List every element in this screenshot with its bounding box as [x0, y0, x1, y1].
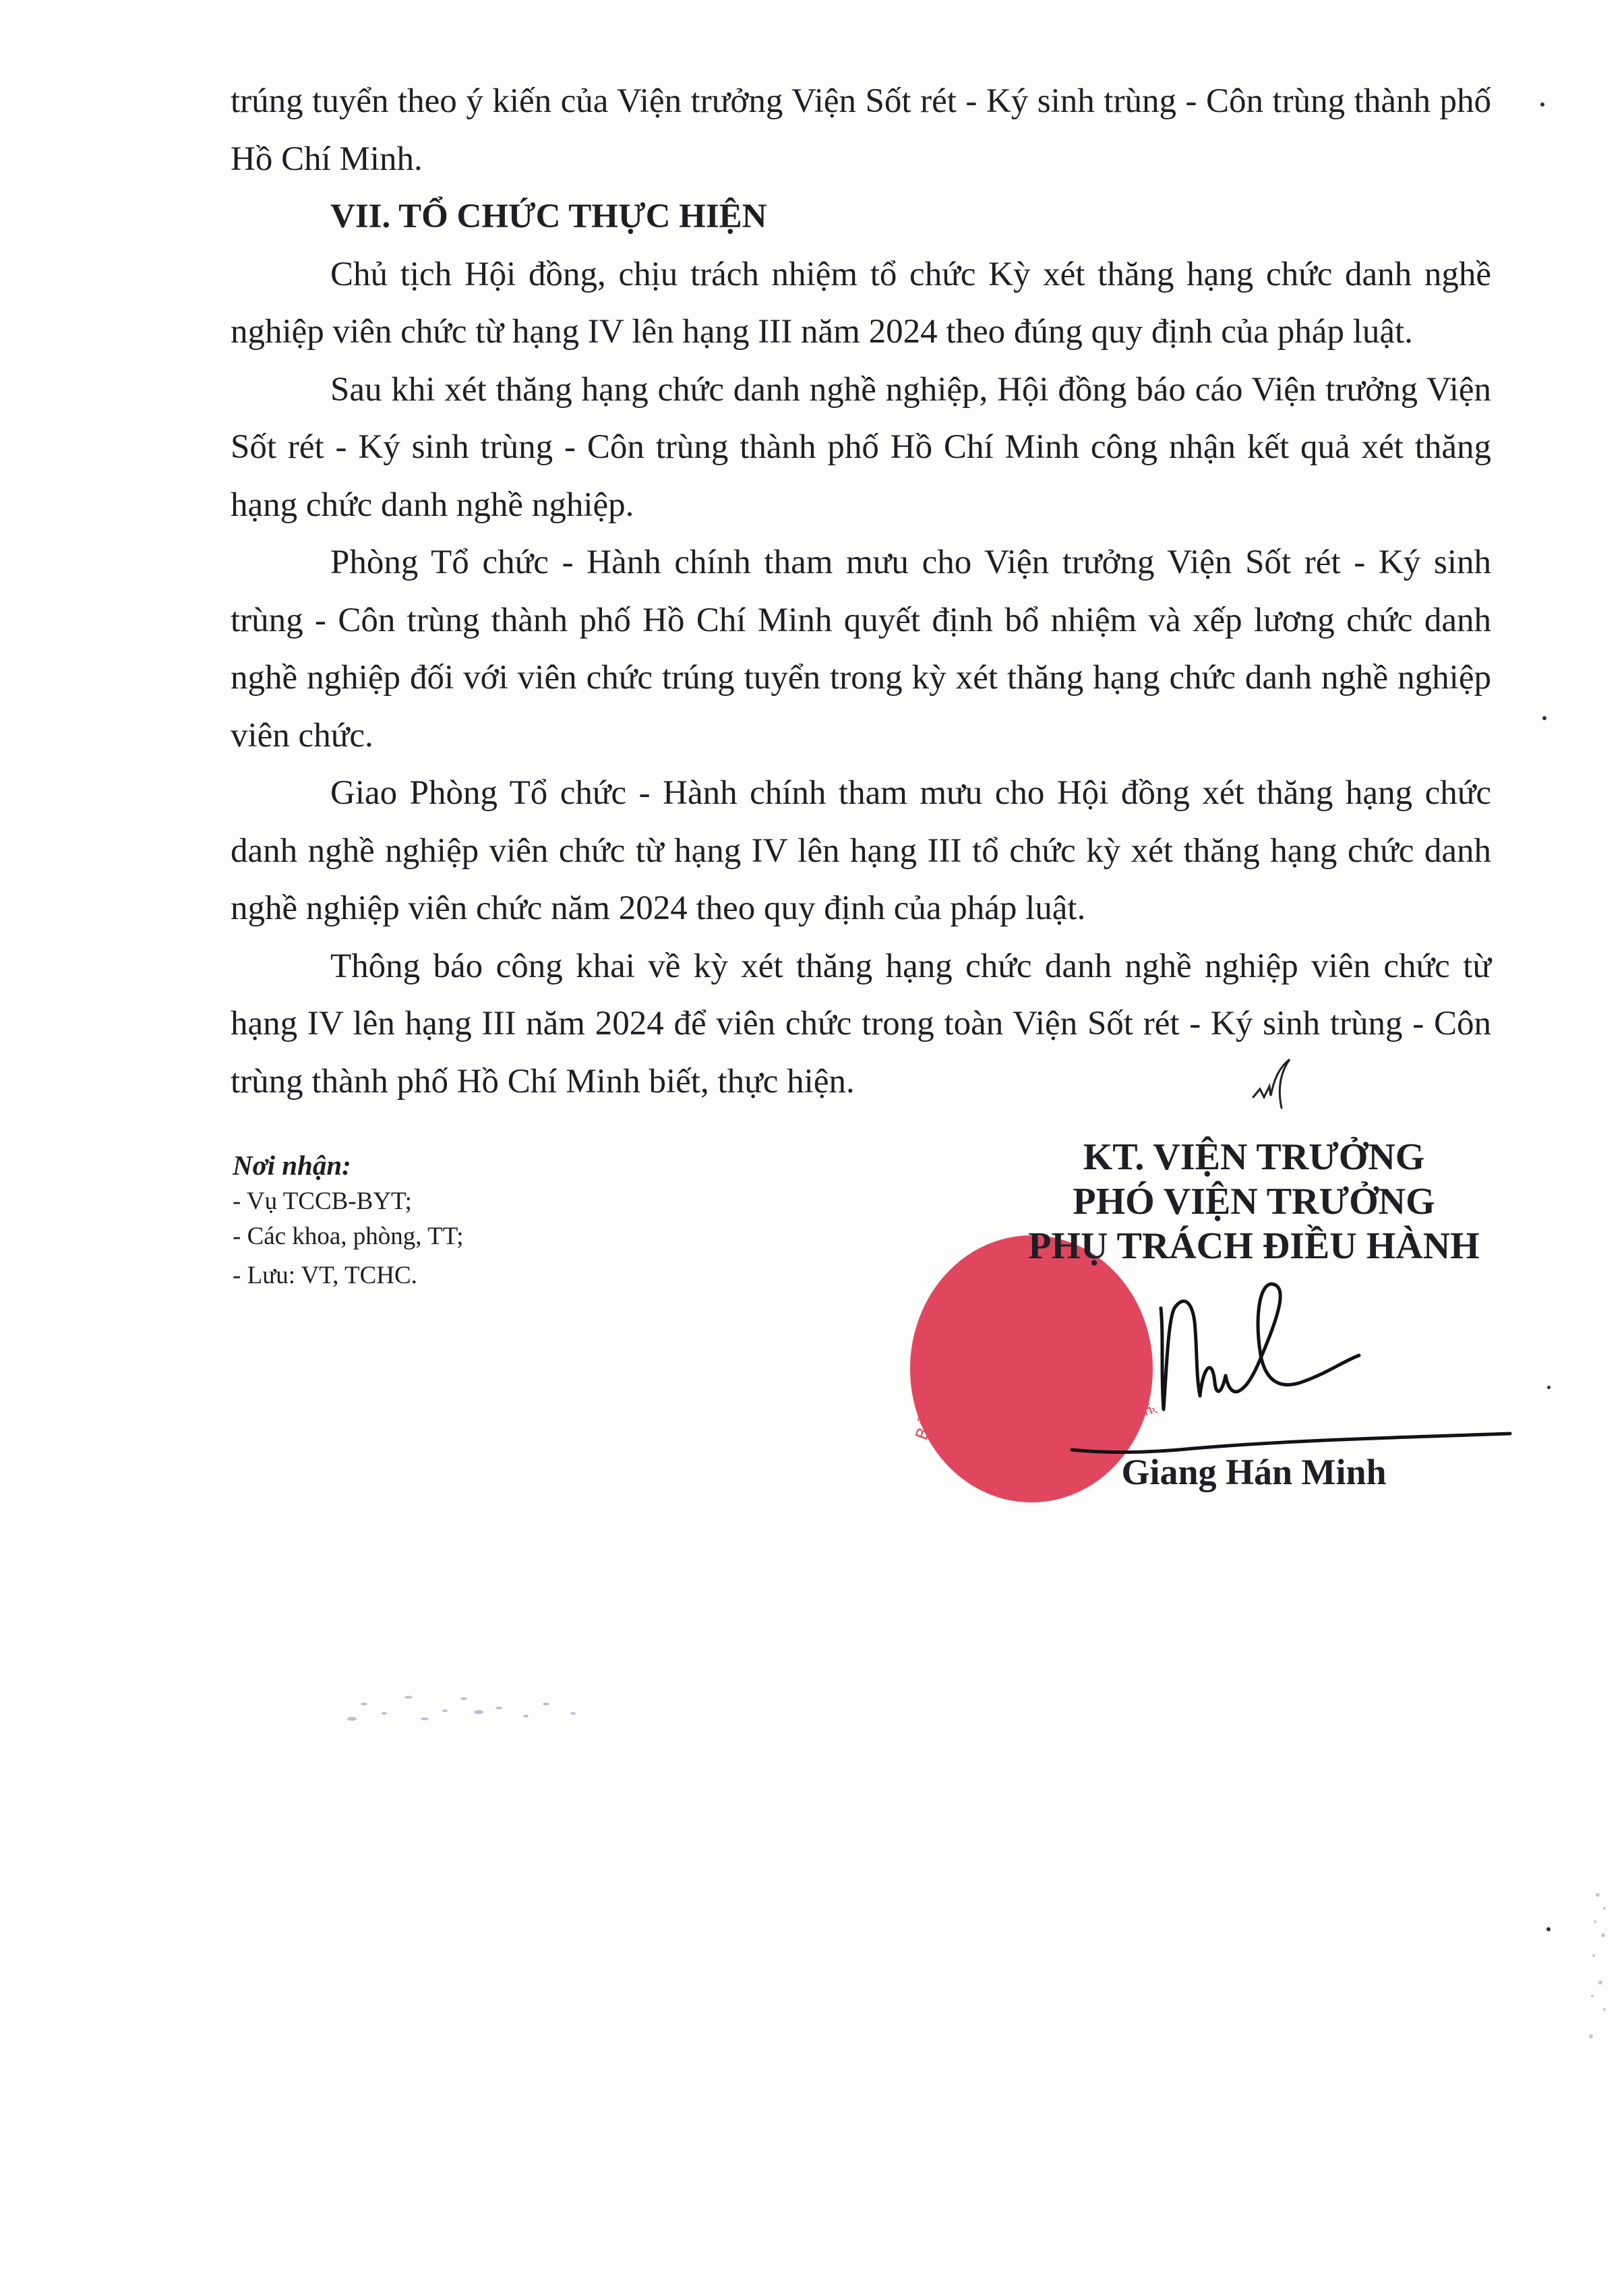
- document-body: trúng tuyển theo ý kiến của Viện trưởng …: [231, 73, 1491, 1111]
- recipients-title: Nơi nhận:: [233, 1146, 464, 1184]
- signature-title-line: KT. VIỆN TRƯỞNG: [930, 1135, 1577, 1179]
- paragraph-announcement: Thông báo công khai về kỳ xét thăng hạng…: [231, 938, 1491, 1111]
- section-heading: VII. TỔ CHỨC THỰC HIỆN: [231, 188, 1491, 246]
- handwritten-signature-icon: [964, 1281, 1544, 1457]
- scan-speck: [1546, 1927, 1551, 1931]
- scan-speck: [1542, 716, 1546, 720]
- paragraph-chairman-responsibility: Chủ tịch Hội đồng, chịu trách nhiệm tổ c…: [231, 246, 1491, 361]
- recipients-block: Nơi nhận: - Vụ TCCB-BYT; - Các khoa, phò…: [233, 1146, 464, 1293]
- recipient-item: - Lưu: VT, TCHC.: [233, 1258, 464, 1293]
- paragraph-council-report: Sau khi xét thăng hạng chức danh nghề ng…: [231, 361, 1491, 535]
- signature-title-line: PHỤ TRÁCH ĐIỀU HÀNH: [930, 1224, 1577, 1268]
- scan-speck: [1547, 1386, 1551, 1389]
- signature-title-block: KT. VIỆN TRƯỞNG PHÓ VIỆN TRƯỞNG PHỤ TRÁC…: [930, 1135, 1577, 1268]
- recipient-item: - Vụ TCCB-BYT;: [233, 1184, 464, 1219]
- recipient-item: - Các khoa, phòng, TT;: [233, 1219, 464, 1254]
- paragraph-assignment: Giao Phòng Tổ chức - Hành chính tham mưu…: [231, 765, 1491, 938]
- signer-name: Giang Hán Minh: [930, 1451, 1577, 1493]
- lead-continuation-paragraph: trúng tuyển theo ý kiến của Viện trưởng …: [231, 73, 1491, 188]
- scan-speck: [1540, 102, 1544, 107]
- paragraph-appointment: Phòng Tổ chức - Hành chính tham mưu cho …: [231, 534, 1491, 765]
- scan-noise: [344, 1689, 600, 1730]
- initial-mark-icon: [1251, 1055, 1298, 1109]
- signature-title-line: PHÓ VIỆN TRƯỞNG: [930, 1179, 1577, 1224]
- document-page: trúng tuyển theo ý kiến của Viện trưởng …: [0, 0, 1624, 2292]
- scan-noise: [1584, 1881, 1624, 2070]
